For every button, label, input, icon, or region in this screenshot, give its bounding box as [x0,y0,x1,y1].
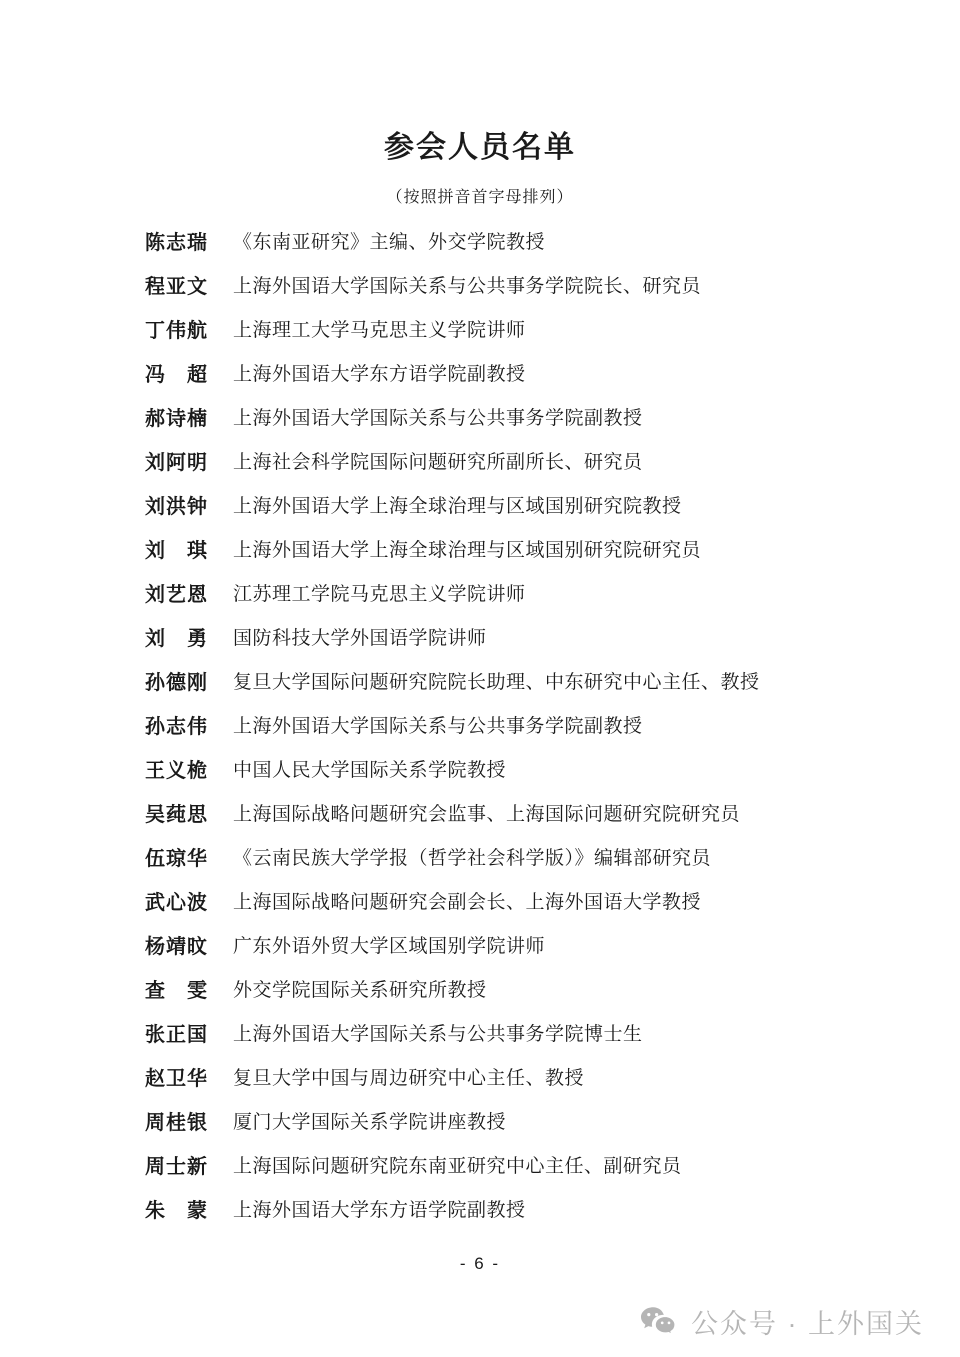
list-item: 张正国 上海外国语大学国际关系与公共事务学院博士生 [145,1010,845,1054]
wechat-icon [639,1305,679,1339]
list-item: 武心波 上海国际战略问题研究会副会长、上海外国语大学教授 [145,878,845,922]
participant-name: 刘洪钟 [145,490,213,519]
list-item: 程亚文 上海外国语大学国际关系与公共事务学院院长、研究员 [145,262,845,306]
list-item: 刘 琪 上海外国语大学上海全球治理与区域国别研究院研究员 [145,526,845,570]
participant-affiliation: 厦门大学国际关系学院讲座教授 [233,1107,506,1134]
participant-affiliation: 上海外国语大学上海全球治理与区域国别研究院教授 [233,491,682,518]
list-item: 查 雯 外交学院国际关系研究所教授 [145,966,845,1010]
participant-name: 查 雯 [145,974,213,1003]
participant-name: 伍琼华 [145,842,213,871]
list-item: 王义桅 中国人民大学国际关系学院教授 [145,746,845,790]
participant-affiliation: 中国人民大学国际关系学院教授 [233,755,506,782]
watermark-text: 公众号 · 上外国关 [691,1302,924,1341]
participant-affiliation: 上海国际战略问题研究会副会长、上海外国语大学教授 [233,887,701,914]
document-page: 参会人员名单 （按照拼音首字母排列） 陈志瑞 《东南亚研究》主编、外交学院教授 … [0,0,960,1357]
participant-name: 刘艺恩 [145,578,213,607]
watermark: 公众号 · 上外国关 [639,1302,924,1341]
participant-name: 张正国 [145,1018,213,1047]
participant-name: 冯 超 [145,358,213,387]
participant-name: 赵卫华 [145,1062,213,1091]
participant-name: 周桂银 [145,1106,213,1135]
list-item: 伍琼华 《云南民族大学学报（哲学社会科学版）》编辑部研究员 [145,834,845,878]
page-subtitle: （按照拼音首字母排列） [0,184,960,212]
participant-name: 丁伟航 [145,314,213,343]
participant-affiliation: 上海外国语大学国际关系与公共事务学院博士生 [233,1019,643,1046]
list-item: 刘阿明 上海社会科学院国际问题研究所副所长、研究员 [145,438,845,482]
list-item: 刘洪钟 上海外国语大学上海全球治理与区域国别研究院教授 [145,482,845,526]
participant-affiliation: 上海外国语大学国际关系与公共事务学院副教授 [233,711,643,738]
list-item: 丁伟航 上海理工大学马克思主义学院讲师 [145,306,845,350]
participant-name: 陈志瑞 [145,226,213,255]
participant-name: 朱 蒙 [145,1194,213,1223]
page-title: 参会人员名单 [0,128,960,168]
participant-affiliation: 上海国际问题研究院东南亚研究中心主任、副研究员 [233,1151,682,1178]
page-number: - 6 - [0,1254,960,1274]
list-item: 朱 蒙 上海外国语大学东方语学院副教授 [145,1186,845,1230]
participant-name: 刘阿明 [145,446,213,475]
list-item: 赵卫华 复旦大学中国与周边研究中心主任、教授 [145,1054,845,1098]
participant-name: 孙德刚 [145,666,213,695]
participant-name: 周士新 [145,1150,213,1179]
list-item: 孙德刚 复旦大学国际问题研究院院长助理、中东研究中心主任、教授 [145,658,845,702]
participant-affiliation: 上海外国语大学东方语学院副教授 [233,1195,526,1222]
participant-name: 杨靖旼 [145,930,213,959]
participant-affiliation: 上海外国语大学国际关系与公共事务学院院长、研究员 [233,271,701,298]
participant-name: 吴莼思 [145,798,213,827]
participant-affiliation: 江苏理工学院马克思主义学院讲师 [233,579,526,606]
participant-name: 刘 勇 [145,622,213,651]
list-item: 陈志瑞 《东南亚研究》主编、外交学院教授 [145,218,845,262]
participant-affiliation: 外交学院国际关系研究所教授 [233,975,487,1002]
list-item: 周桂银 厦门大学国际关系学院讲座教授 [145,1098,845,1142]
participant-affiliation: 上海国际战略问题研究会监事、上海国际问题研究院研究员 [233,799,740,826]
participant-name: 刘 琪 [145,534,213,563]
participant-affiliation: 上海外国语大学上海全球治理与区域国别研究院研究员 [233,535,701,562]
list-item: 刘 勇 国防科技大学外国语学院讲师 [145,614,845,658]
participant-affiliation: 《东南亚研究》主编、外交学院教授 [233,227,545,254]
list-item: 吴莼思 上海国际战略问题研究会监事、上海国际问题研究院研究员 [145,790,845,834]
participant-affiliation: 复旦大学中国与周边研究中心主任、教授 [233,1063,584,1090]
participant-affiliation: 上海外国语大学东方语学院副教授 [233,359,526,386]
participant-affiliation: 上海社会科学院国际问题研究所副所长、研究员 [233,447,643,474]
participant-affiliation: 国防科技大学外国语学院讲师 [233,623,487,650]
list-item: 孙志伟 上海外国语大学国际关系与公共事务学院副教授 [145,702,845,746]
participant-affiliation: 广东外语外贸大学区域国别学院讲师 [233,931,545,958]
participant-name: 程亚文 [145,270,213,299]
participant-affiliation: 上海外国语大学国际关系与公共事务学院副教授 [233,403,643,430]
participant-affiliation: 复旦大学国际问题研究院院长助理、中东研究中心主任、教授 [233,667,760,694]
list-item: 冯 超 上海外国语大学东方语学院副教授 [145,350,845,394]
participant-name: 郝诗楠 [145,402,213,431]
participant-name: 王义桅 [145,754,213,783]
list-item: 周士新 上海国际问题研究院东南亚研究中心主任、副研究员 [145,1142,845,1186]
participant-affiliation: 上海理工大学马克思主义学院讲师 [233,315,526,342]
participant-list: 陈志瑞 《东南亚研究》主编、外交学院教授 程亚文 上海外国语大学国际关系与公共事… [145,218,845,1230]
participant-name: 武心波 [145,886,213,915]
list-item: 杨靖旼 广东外语外贸大学区域国别学院讲师 [145,922,845,966]
participant-name: 孙志伟 [145,710,213,739]
list-item: 刘艺恩 江苏理工学院马克思主义学院讲师 [145,570,845,614]
participant-affiliation: 《云南民族大学学报（哲学社会科学版）》编辑部研究员 [233,843,711,870]
list-item: 郝诗楠 上海外国语大学国际关系与公共事务学院副教授 [145,394,845,438]
